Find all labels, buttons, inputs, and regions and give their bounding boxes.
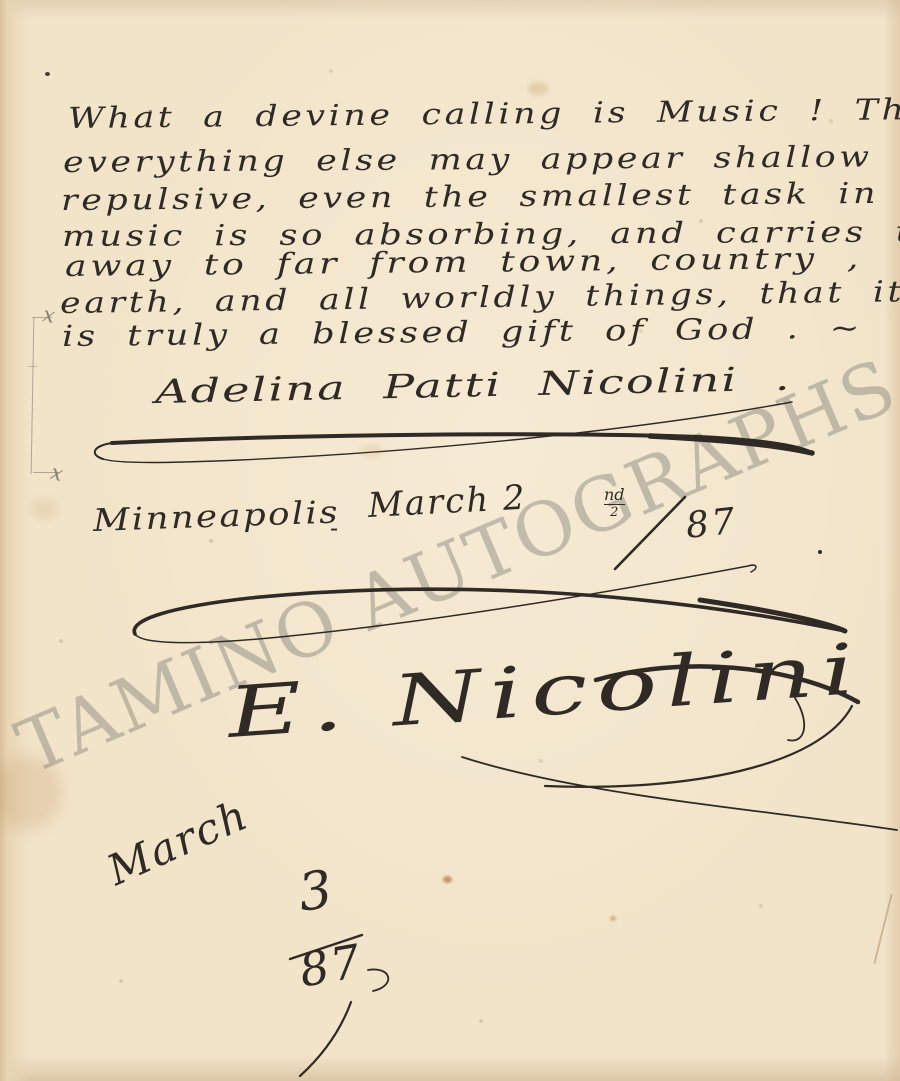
quote-line-2: everything else may appear shallow and (63, 139, 900, 179)
autograph-page: TAMINO AUTOGRAPHS What a devine ca (0, 0, 900, 1081)
paper-speckles (0, 0, 2, 2)
dateline-slash-stroke (615, 497, 685, 569)
ink-dot (45, 72, 50, 76)
paper-stain (528, 82, 548, 95)
signature-tail-lower (462, 757, 897, 830)
paper-smudge (30, 498, 58, 520)
foxing-spot (610, 916, 616, 921)
bottom-date-seven-tail (300, 1002, 351, 1076)
quote-line-3: repulsive, even the smallest task in (61, 176, 879, 217)
dateline-ordinal-sup: nd (604, 487, 625, 505)
dateline-ordinal: nd 2 (604, 487, 625, 519)
flourish-adelina-thin (103, 402, 792, 463)
foxing-spot (443, 876, 452, 883)
dateline-year: 87 (684, 501, 740, 547)
dateline-month-day: March 2 (367, 478, 528, 526)
bottom-date-seven-loop (368, 969, 388, 991)
flourish-adelina-loop (95, 443, 112, 459)
dateline-ordinal-sub: 2 (604, 506, 625, 519)
ink-dot (818, 550, 822, 554)
pencil-bracket-tick (28, 366, 37, 367)
paper-stain (360, 444, 384, 458)
dateline-separator: - (330, 514, 338, 542)
bottom-date-year: 87 (295, 934, 366, 998)
flourish-dateline-heavy (134, 589, 845, 634)
